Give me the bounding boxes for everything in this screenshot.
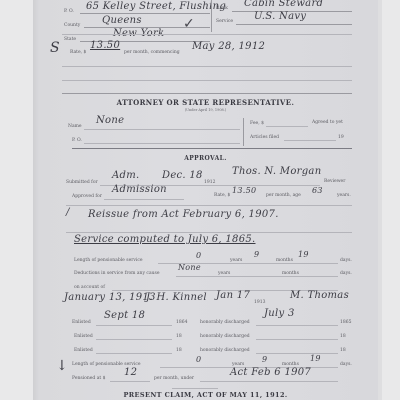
attorney-name-line (84, 129, 240, 130)
length-years: 0 (196, 251, 201, 260)
attorney-heading: ATTORNEY OR STATE REPRESENTATIVE. (33, 98, 378, 107)
approval-heading: APPROVAL. (33, 155, 378, 162)
attorney-po-line (84, 143, 240, 144)
discharged-year: 1865 (340, 320, 351, 325)
check-mark-icon: ✓ (183, 16, 195, 32)
articles-line (284, 140, 336, 141)
service-line (236, 24, 352, 25)
enlisted-label: Enlisted (72, 320, 91, 325)
submitted-value: Adm. (112, 170, 139, 181)
present-claim-heading: PRESENT CLAIM, ACT OF MAY 11, 1912. (33, 391, 378, 399)
approval-rate-label: Rate, $ (214, 193, 230, 198)
discharged-label: honorably discharged (200, 320, 250, 325)
discharged-year-2: 18 (340, 334, 346, 339)
deductions-label: Deductions in service from any cause (74, 271, 160, 276)
down-arrow-mark: ↓ (56, 358, 68, 374)
fee-line (266, 126, 308, 127)
enlisted-value: Sept 18 (104, 310, 145, 321)
discharged-line-3 (256, 353, 338, 354)
fee-label: Fee, $ (250, 121, 264, 126)
signoff-examiner: J. H. Kinnel (146, 292, 207, 303)
commencing-value: May 28, 1912 (192, 41, 265, 52)
attorney-name-label: Name (68, 124, 82, 129)
discharged-line (256, 325, 338, 326)
state-label: State (64, 37, 76, 42)
signoff-reviewer: M. Thomas (290, 290, 349, 301)
pensioned-value: 12 (124, 367, 137, 378)
length-days: 19 (298, 250, 309, 259)
pensioned-act: Act Feb 6 1907 (230, 367, 311, 378)
pensioned-act-line (200, 381, 338, 382)
page-edge (378, 0, 382, 400)
enlisted-line-3 (96, 353, 172, 354)
years-label: years. (337, 193, 351, 198)
attorney-name-value: None (96, 115, 124, 126)
rank-value: Cabin Steward (244, 0, 323, 9)
enlisted-year: 1864 (176, 320, 187, 325)
service-label: Service (216, 19, 233, 24)
document-page (33, 0, 378, 400)
approval-rate-value: 13.50 (232, 186, 256, 195)
attorney-po-label: P. O. (72, 138, 82, 143)
attorney-divider (243, 118, 244, 146)
rank-label: Rank (216, 6, 228, 11)
enlisted-year-3: 18 (176, 348, 182, 353)
enlisted-line (96, 325, 172, 326)
submitted-date: Dec. 18 (162, 170, 203, 181)
county-label: County (64, 23, 80, 28)
signoff-year: 1913 (254, 300, 265, 305)
enlistment-length-days: 19 (310, 354, 321, 363)
rule (62, 93, 352, 94)
pensioned-suffix: per month, under (154, 376, 194, 381)
enlisted-label-3: Enlisted (74, 348, 93, 353)
rule (62, 34, 352, 35)
submitted-by: Thos. N. Morgan (232, 166, 321, 177)
note-reissue: Reissue from Act February 6, 1907. (88, 209, 279, 220)
approved-label: Approved for (72, 194, 102, 199)
deductions-value: None (178, 263, 201, 272)
short-rule (172, 388, 218, 389)
articles-suffix: 19 (338, 135, 344, 140)
pensioned-line (110, 381, 150, 382)
rule (66, 205, 352, 206)
reviewer-label: Reviewer (324, 179, 345, 184)
per-month-label: per month, commencing (124, 50, 180, 55)
section-divider (72, 148, 352, 149)
rule (62, 80, 352, 81)
po-label: P. O. (64, 9, 74, 14)
on-account-label: on account of (74, 285, 105, 290)
length-label: Length of pensionable service (74, 258, 143, 263)
articles-label: Articles filed (250, 135, 279, 140)
discharged-line-2 (256, 339, 338, 340)
discharged-label-3: honorably discharged (200, 348, 250, 353)
rate-label: Rate, $ (70, 50, 86, 55)
service-value: U.S. Navy (254, 11, 306, 22)
enlistment-length-years: 0 (196, 355, 201, 364)
rule (62, 66, 352, 67)
enlisted-year-2: 18 (176, 334, 182, 339)
age-value: 63 (312, 186, 323, 195)
deductions-days-word: days. (340, 271, 352, 276)
enlistment-length-months: 9 (262, 355, 267, 364)
margin-mark: S (50, 40, 60, 56)
days-word: days. (340, 258, 352, 263)
note-service-computed: Service computed to July 6, 1865. (74, 234, 256, 245)
submitted-label: Submitted for (66, 180, 98, 185)
rate-value: 13.50 (90, 40, 120, 51)
po-line (80, 13, 210, 14)
attorney-subheading: (Under April 19, 1908.) (33, 108, 378, 112)
pensioned-label: Pensioned at $ (72, 376, 106, 381)
county-value: Queens (102, 15, 142, 26)
enlisted-line-2 (96, 339, 172, 340)
enlistment-days-word: days. (340, 362, 352, 367)
discharged-label-2: honorably discharged (200, 334, 250, 339)
signoff-date: January 13, 1913 (64, 292, 156, 303)
rule (66, 232, 352, 233)
po-value: 65 Kelley Street, Flushing (86, 1, 226, 12)
discharged-value: July 3 (264, 308, 295, 319)
note-marker: / (66, 207, 70, 218)
approved-line (104, 199, 184, 200)
discharged-year-3: 18 (340, 348, 346, 353)
length-months: 9 (254, 250, 259, 259)
enlisted-label-2: Enlisted (74, 334, 93, 339)
signoff-date-2: Jan 17 (216, 290, 250, 301)
fee-suffix: Agreed to yet (312, 120, 343, 125)
approved-value: Admission (112, 184, 167, 195)
per-month-age-label: per month, age (266, 193, 301, 198)
deductions-line (176, 276, 338, 277)
header-divider (211, 0, 212, 32)
